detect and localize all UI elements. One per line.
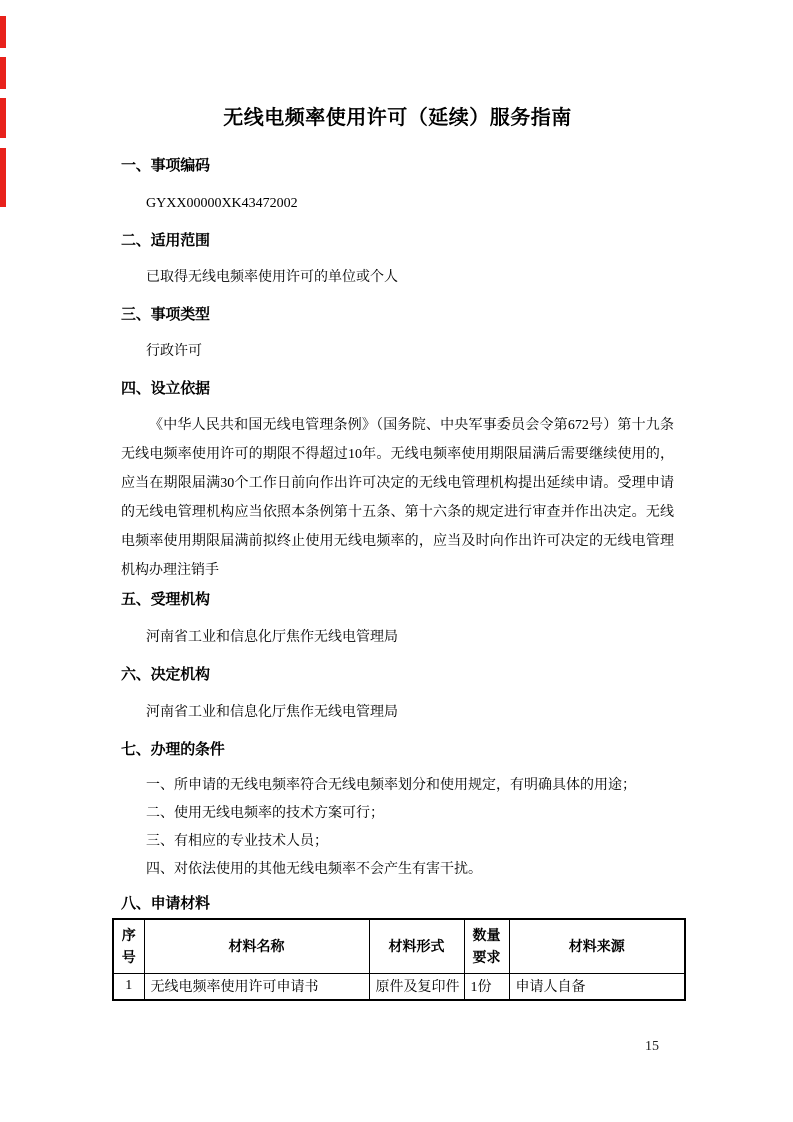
accepting-authority-value: 河南省工业和信息化厅焦作无线电管理局 (121, 623, 674, 652)
table-header-serial: 序号 (113, 919, 144, 973)
cell-material-name: 无线电频率使用许可申请书 (144, 973, 369, 1000)
table-header-row: 序号 材料名称 材料形式 数量要求 材料来源 (113, 919, 685, 973)
section-heading-scope: 二、适用范围 (121, 226, 674, 255)
item-type-value: 行政许可 (121, 337, 674, 366)
table-row: 1 无线电频率使用许可申请书 原件及复印件 1份 申请人自备 (113, 973, 685, 1000)
section-heading-legal-basis: 四、设立依据 (121, 374, 674, 403)
legal-basis-paragraph: 《中华人民共和国无线电管理条例》（国务院、中央军事委员会令第672号）第十九条 … (121, 411, 674, 585)
section-heading-item-code: 一、事项编码 (121, 151, 674, 180)
condition-item: 四、对依法使用的其他无线电频率不会产生有害干扰。 (121, 856, 674, 884)
table-header-material-name: 材料名称 (144, 919, 369, 973)
condition-item: 二、使用无线电频率的技术方案可行； (121, 800, 674, 828)
left-edge-red-mark (0, 98, 6, 138)
section-heading-deciding-authority: 六、决定机构 (121, 660, 674, 689)
document-page: 无线电频率使用许可（延续）服务指南 一、事项编码 GYXX00000XK4347… (0, 0, 793, 1122)
section-heading-application-materials: 八、申请材料 (121, 889, 674, 918)
deciding-authority-value: 河南省工业和信息化厅焦作无线电管理局 (121, 698, 674, 727)
section-heading-conditions: 七、办理的条件 (121, 735, 674, 764)
section-heading-item-type: 三、事项类型 (121, 300, 674, 329)
section-heading-accepting-authority: 五、受理机构 (121, 585, 674, 614)
condition-item: 三、有相应的专业技术人员； (121, 828, 674, 856)
page-number: 15 (645, 1038, 659, 1056)
conditions-list: 一、所申请的无线电频率符合无线电频率划分和使用规定，有明确具体的用途； 二、使用… (121, 772, 674, 884)
table-header-material-source: 材料来源 (509, 919, 685, 973)
cell-quantity: 1份 (464, 973, 509, 1000)
left-edge-red-mark (0, 148, 6, 207)
table-header-material-form: 材料形式 (369, 919, 464, 973)
document-title: 无线电频率使用许可（延续）服务指南 (121, 101, 674, 135)
left-edge-red-mark (0, 16, 6, 48)
cell-material-source: 申请人自备 (509, 973, 685, 1000)
scope-value: 已取得无线电频率使用许可的单位或个人 (121, 263, 674, 292)
condition-item: 一、所申请的无线电频率符合无线电频率划分和使用规定，有明确具体的用途； (121, 772, 674, 800)
application-materials-table: 序号 材料名称 材料形式 数量要求 材料来源 1 无线电频率使用许可申请书 原件… (112, 918, 686, 1001)
cell-material-form: 原件及复印件 (369, 973, 464, 1000)
item-code-value: GYXX00000XK43472002 (121, 189, 674, 218)
left-edge-red-mark (0, 57, 6, 89)
cell-serial: 1 (113, 973, 144, 1000)
table-header-quantity: 数量要求 (464, 919, 509, 973)
